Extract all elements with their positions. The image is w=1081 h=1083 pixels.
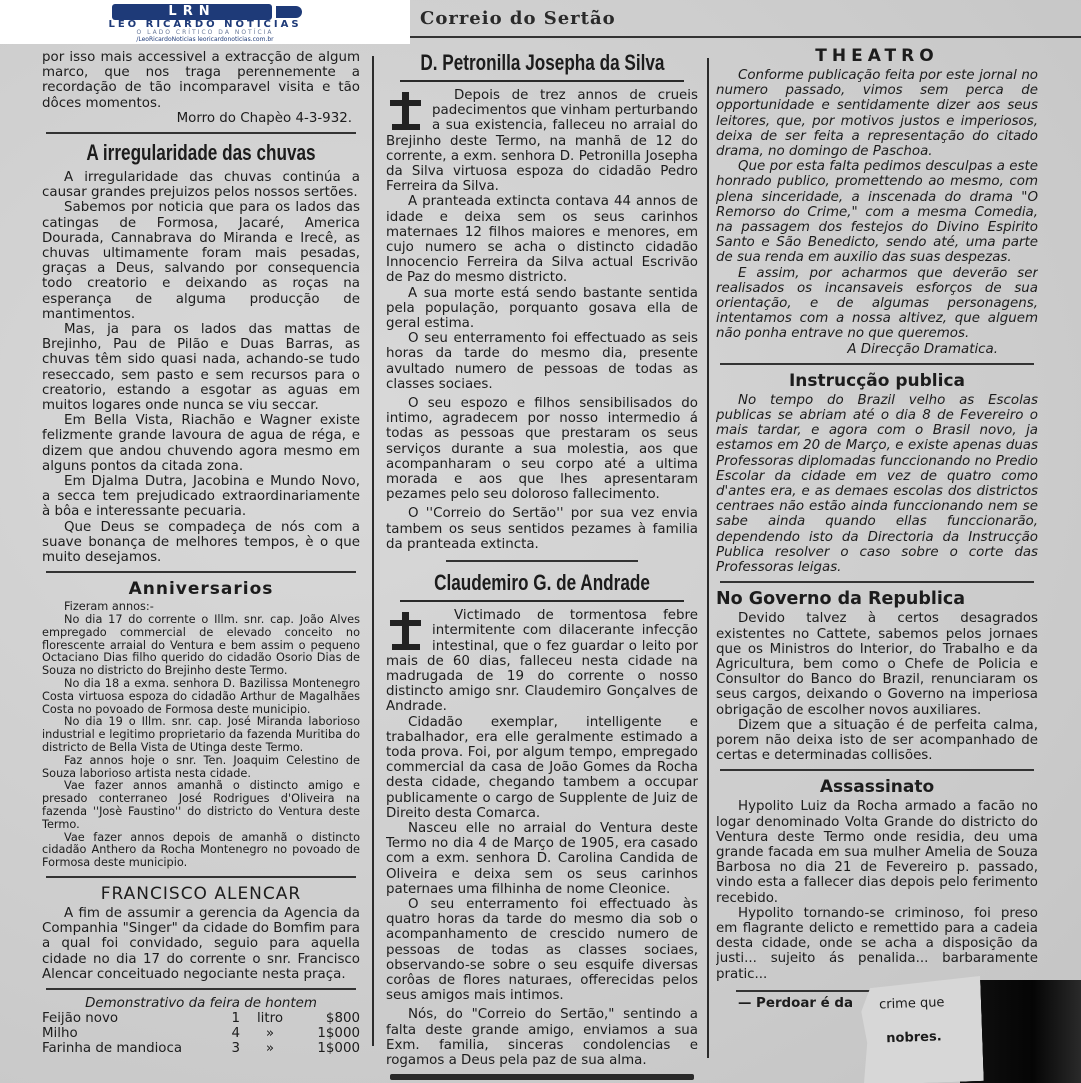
article-assassinato: Hypolito Luiz da Rocha armado a facão no…	[716, 799, 1038, 981]
article-claudemiro: Victimado de tormentosa febre intermiten…	[386, 608, 698, 1068]
feira-qty: 3	[216, 1041, 240, 1056]
paragraph: Hypolito Luiz da Rocha armado a facão no…	[716, 799, 1038, 905]
masthead: Correio do Sertão	[420, 8, 670, 29]
logo-icon	[276, 6, 302, 18]
fragment-text: nobres.	[886, 1029, 942, 1046]
table-row: Milho 4 » 1$000	[42, 1026, 360, 1041]
paragraph: Devido talvez à certos desagrados existe…	[716, 611, 1038, 717]
feira-table: Feijão novo 1 litro $800 Milho 4 » 1$000…	[42, 1011, 360, 1056]
feira-unit: »	[240, 1041, 300, 1056]
article-theatro: Conforme publicação feita por este jorna…	[716, 68, 1038, 357]
divider	[46, 132, 356, 134]
feira-qty: 1	[216, 1011, 240, 1026]
logo-tagline: O LADO CRÍTICO DA NOTÍCIA	[0, 29, 410, 36]
headline-theatro: THEATRO	[716, 46, 1038, 66]
divider	[46, 571, 356, 573]
logo-social: /LeoRicardoNoticias leoricardonoticias.c…	[4, 36, 406, 44]
feira-price: 1$000	[300, 1041, 360, 1056]
logo-badge: LRN	[112, 4, 272, 20]
paragraph: O ''Correio do Sertão'' por sua vez envi…	[386, 506, 698, 552]
paragraph: Que Deus se compadeça de nós com a suave…	[42, 520, 360, 566]
paragraph: Dizem que a situação é de perfeita calma…	[716, 718, 1038, 764]
paragraph: A pranteada extincta contava 44 annos de…	[386, 194, 698, 285]
paragraph: Vae fazer annos amanhã o distincto amigo…	[42, 780, 360, 831]
signature: A Direcção Dramatica.	[716, 342, 1038, 357]
paragraph: No tempo do Brazil velho as Escolas publ…	[716, 393, 1038, 575]
paragraph: Faz annos hoje o snr. Ten. Joaquim Celes…	[42, 755, 360, 781]
paragraph: A irregularidade das chuvas continúa a c…	[42, 170, 360, 200]
headline-chuvas: A irregularidade das chuvas	[77, 140, 325, 166]
headline-claudemiro: Claudemiro G. de Andrade	[420, 570, 663, 596]
paragraph: E assim, por acharmos que deverão ser re…	[716, 266, 1038, 342]
article-chuvas: A irregularidade das chuvas continúa a c…	[42, 170, 360, 565]
headline-governo: No Governo da Republica	[716, 589, 1038, 609]
feira-item: Feijão novo	[42, 1011, 216, 1026]
column-middle: D. Petronilla Josepha da Silva Depois de…	[386, 44, 698, 1083]
fragment-text: crime que	[879, 995, 945, 1012]
feira-qty: 4	[216, 1026, 240, 1041]
paragraph: A sua morte está sendo bastante sentida …	[386, 286, 698, 332]
article-anniversarios: Fizeram annos:- No dia 17 do corrente o …	[42, 601, 360, 870]
watermark-logo: LRN LEO RICARDO NOTICIAS O LADO CRÍTICO …	[0, 0, 410, 44]
paragraph: Cidadão exemplar, intelligente e trabalh…	[386, 715, 698, 821]
paragraph: Vae fazer annos depois de amanhã o disti…	[42, 832, 360, 870]
feira-item: Milho	[42, 1026, 216, 1041]
table-row: Farinha de mandioca 3 » 1$000	[42, 1041, 360, 1056]
column-divider	[372, 56, 374, 1046]
paragraph: Nasceu elle no arraial do Ventura deste …	[386, 821, 698, 897]
headline-petronilla: D. Petronilla Josepha da Silva	[420, 50, 663, 76]
paragraph: Depois de trez annos de crueis padecimen…	[386, 88, 698, 194]
signoff: Morro do Chapèo 4-3-932.	[42, 111, 360, 126]
column-left: por isso mais accessivel a extracção de …	[42, 50, 360, 1083]
paragraph: Em Bella Vista, Riachão e Wagner existe …	[42, 413, 360, 474]
divider	[720, 581, 1034, 583]
headline-assassinato: Assassinato	[716, 777, 1038, 797]
divider	[720, 363, 1034, 365]
paragraph: Victimado de tormentosa febre intermiten…	[386, 608, 698, 714]
column-right: THEATRO Conforme publicação feita por es…	[716, 44, 1038, 1083]
divider	[46, 876, 356, 878]
feira-unit: litro	[240, 1011, 300, 1026]
feira-title: Demonstrativo da feira de hontem	[42, 996, 360, 1011]
divider	[46, 988, 356, 990]
feira-item: Farinha de mandioca	[42, 1041, 216, 1056]
column-divider	[707, 58, 709, 1058]
article-instruccao: No tempo do Brazil velho as Escolas publ…	[716, 393, 1038, 575]
article-governo: Devido talvez à certos desagrados existe…	[716, 611, 1038, 763]
divider	[446, 560, 638, 562]
headline-instruccao: Instrucção publica	[716, 371, 1038, 391]
paragraph: No dia 17 do corrente o Illm. snr. cap. …	[42, 614, 360, 678]
paragraph: Hypolito tornando-se criminoso, foi pres…	[716, 906, 1038, 982]
paragraph: A fim de assumir a gerencia da Agencia d…	[42, 906, 360, 982]
paragraph: O seu enterramento foi effectuado às qua…	[386, 897, 698, 1003]
paragraph: No dia 18 a exma. senhora D. Bazilissa M…	[42, 678, 360, 716]
masthead-rule	[380, 36, 1081, 38]
paragraph: No dia 19 o Illm. snr. cap. José Miranda…	[42, 716, 360, 754]
paragraph: Mas, ja para os lados das mattas de Brej…	[42, 322, 360, 413]
paragraph: Em Djalma Dutra, Jacobina e Mundo Novo, …	[42, 474, 360, 520]
divider	[720, 769, 1034, 771]
headline-underline	[400, 80, 684, 82]
paragraph: Que por esta falta pedimos desculpas a e…	[716, 159, 1038, 265]
paragraph: Conforme publicação feita por este jorna…	[716, 68, 1038, 159]
newspaper-page: LRN LEO RICARDO NOTICIAS O LADO CRÍTICO …	[0, 0, 1081, 1083]
article-petronilla: Depois de trez annos de crueis padecimen…	[386, 88, 698, 552]
divider	[390, 1074, 694, 1080]
headline-underline	[400, 600, 684, 602]
table-row: Feijão novo 1 litro $800	[42, 1011, 360, 1026]
cross-icon	[386, 610, 426, 652]
headline-anniversarios: Anniversarios	[42, 579, 360, 599]
paragraph: Nós, do "Correio do Sertão," sentindo a …	[386, 1007, 698, 1068]
paragraph: O seu enterramento foi effectuado as sei…	[386, 331, 698, 392]
torn-paper-fragment: crime que nobres.	[860, 976, 984, 1083]
paragraph: Sabemos por noticia que para os lados da…	[42, 200, 360, 322]
headline-alencar: FRANCISCO ALENCAR	[42, 884, 360, 904]
paragraph: O seu espozo e filhos sensibilisados do …	[386, 396, 698, 502]
feira-price: $800	[300, 1011, 360, 1026]
feira-price: 1$000	[300, 1026, 360, 1041]
feira-unit: »	[240, 1026, 300, 1041]
intro-paragraph: por isso mais accessivel a extracção de …	[42, 50, 360, 111]
cross-icon	[386, 90, 426, 132]
